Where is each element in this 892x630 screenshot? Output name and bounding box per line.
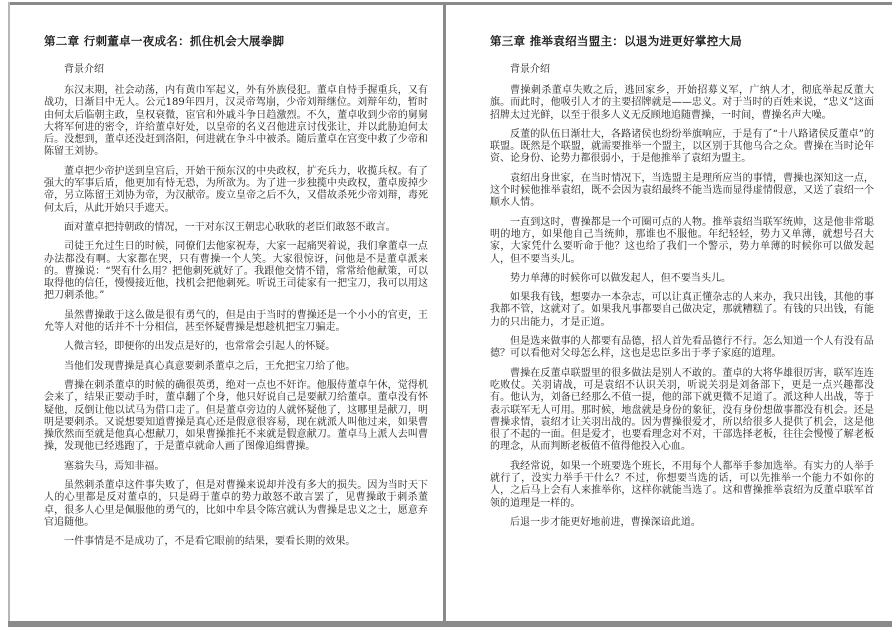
paragraph: 但是选来做事的人都要有品德，招人首先看品德行不行。怎么知道一个人有没有品德？可以… <box>490 336 874 361</box>
paragraph: 曹操刺杀董卓失败之后，逃回家乡，开始招募义军，广纳人才，彻底举起反董大旗。而此时… <box>490 85 874 122</box>
section-heading-right: 背景介绍 <box>490 63 874 76</box>
page-bottom-border <box>8 621 892 627</box>
paragraph: 反董的队伍日渐壮大，各路诸侯也纷纷举旗响应，于是有了“十八路诸侯反董卓”的联盟。… <box>490 129 874 166</box>
paragraph: 人微言轻，即便你的出发点是好的，也常常会引起人的怀疑。 <box>44 341 428 353</box>
paragraph: 势力单薄的时候你可以做发起人，但不要当头儿。 <box>490 273 874 285</box>
paragraph: 董卓把少帝护送到皇宫后，开始干预东汉的中央政权，扩充兵力，收揽兵权。有了强大的军… <box>44 166 428 215</box>
page-right: 第三章 推举袁绍当盟主：以退为进更好掌控大局 背景介绍 曹操刺杀董卓失败之后，逃… <box>490 0 874 529</box>
paragraph: 虽然刺杀董卓这件事失败了，但是对曹操来说却并没有多大的损失。因为当时天下人的心里… <box>44 480 428 529</box>
chapter-title-left: 第二章 行刺董卓一夜成名：抓住机会大展拳脚 <box>44 34 428 49</box>
page-left: 第二章 行刺董卓一夜成名：抓住机会大展拳脚 背景介绍 东汉末期，社会动荡，内有黄… <box>44 0 428 549</box>
paragraph: 司徒王允过生日的时候，同僚们去他家祝寿，大家一起痛哭着说，我们拿董卓一点办法都没… <box>44 241 428 302</box>
page-body-left: 东汉末期，社会动荡，内有黄巾军起义，外有外族侵犯。董卓自恃手握重兵，又有战功，日… <box>44 85 428 549</box>
paragraph: 袁绍出身世家，在当时情况下，当选盟主是理所应当的事情，曹操也深知这一点，这个时候… <box>490 173 874 210</box>
chapter-title-right: 第三章 推举袁绍当盟主：以退为进更好掌控大局 <box>490 34 874 49</box>
paragraph: 面对董卓把持朝政的情况，一干对东汉王朝忠心耿耿的老臣们敢怒不敢言。 <box>44 222 428 234</box>
paragraph: 我经常说，如果一个班要选个班长，不用每个人都举手参加选举。有实力的人举手就行了，… <box>490 461 874 510</box>
paragraph: 曹操在反董卓联盟里的很多做法是别人不敢的。董卓的大将华雄很厉害，联军连连吃败仗。… <box>490 368 874 454</box>
paragraph: 一直到这时，曹操都是一个可圈可点的人物。推举袁绍当联军统帅，这是他非常聪明的地方… <box>490 217 874 266</box>
paragraph: 曹操在刺杀董卓的时候的确很英勇，绝对一点也不奸诈。他服侍董卓午休，觉得机会来了，… <box>44 380 428 454</box>
page-left-border <box>8 2 10 622</box>
paragraph: 东汉末期，社会动荡，内有黄巾军起义，外有外族侵犯。董卓自恃手握重兵，又有战功，日… <box>44 85 428 159</box>
paragraph: 一件事情是不是成功了，不是看它眼前的结果，要看长期的效果。 <box>44 536 428 548</box>
paragraph: 塞翁失马，焉知非福。 <box>44 461 428 473</box>
paragraph: 虽然曹操敢于这么做是很有勇气的，但是由于当时的曹操还是一个小小的官吏，王允等人对… <box>44 310 428 335</box>
page-spread-divider <box>443 2 446 627</box>
document-viewer: 第二章 行刺董卓一夜成名：抓住机会大展拳脚 背景介绍 东汉末期，社会动荡，内有黄… <box>0 0 892 630</box>
page-body-right: 曹操刺杀董卓失败之后，逃回家乡，开始招募义军，广纳人才，彻底举起反董大旗。而此时… <box>490 85 874 529</box>
section-heading-left: 背景介绍 <box>44 63 428 76</box>
paragraph: 后退一步才能更好地前进，曹操深谙此道。 <box>490 517 874 529</box>
paragraph: 当他们发现曹操是真心真意要刺杀董卓之后，王允把宝刀给了他。 <box>44 361 428 373</box>
paragraph: 如果我有钱，想要办一本杂志，可以让真正懂杂志的人来办，我只出钱，其他的事我都不管… <box>490 292 874 329</box>
